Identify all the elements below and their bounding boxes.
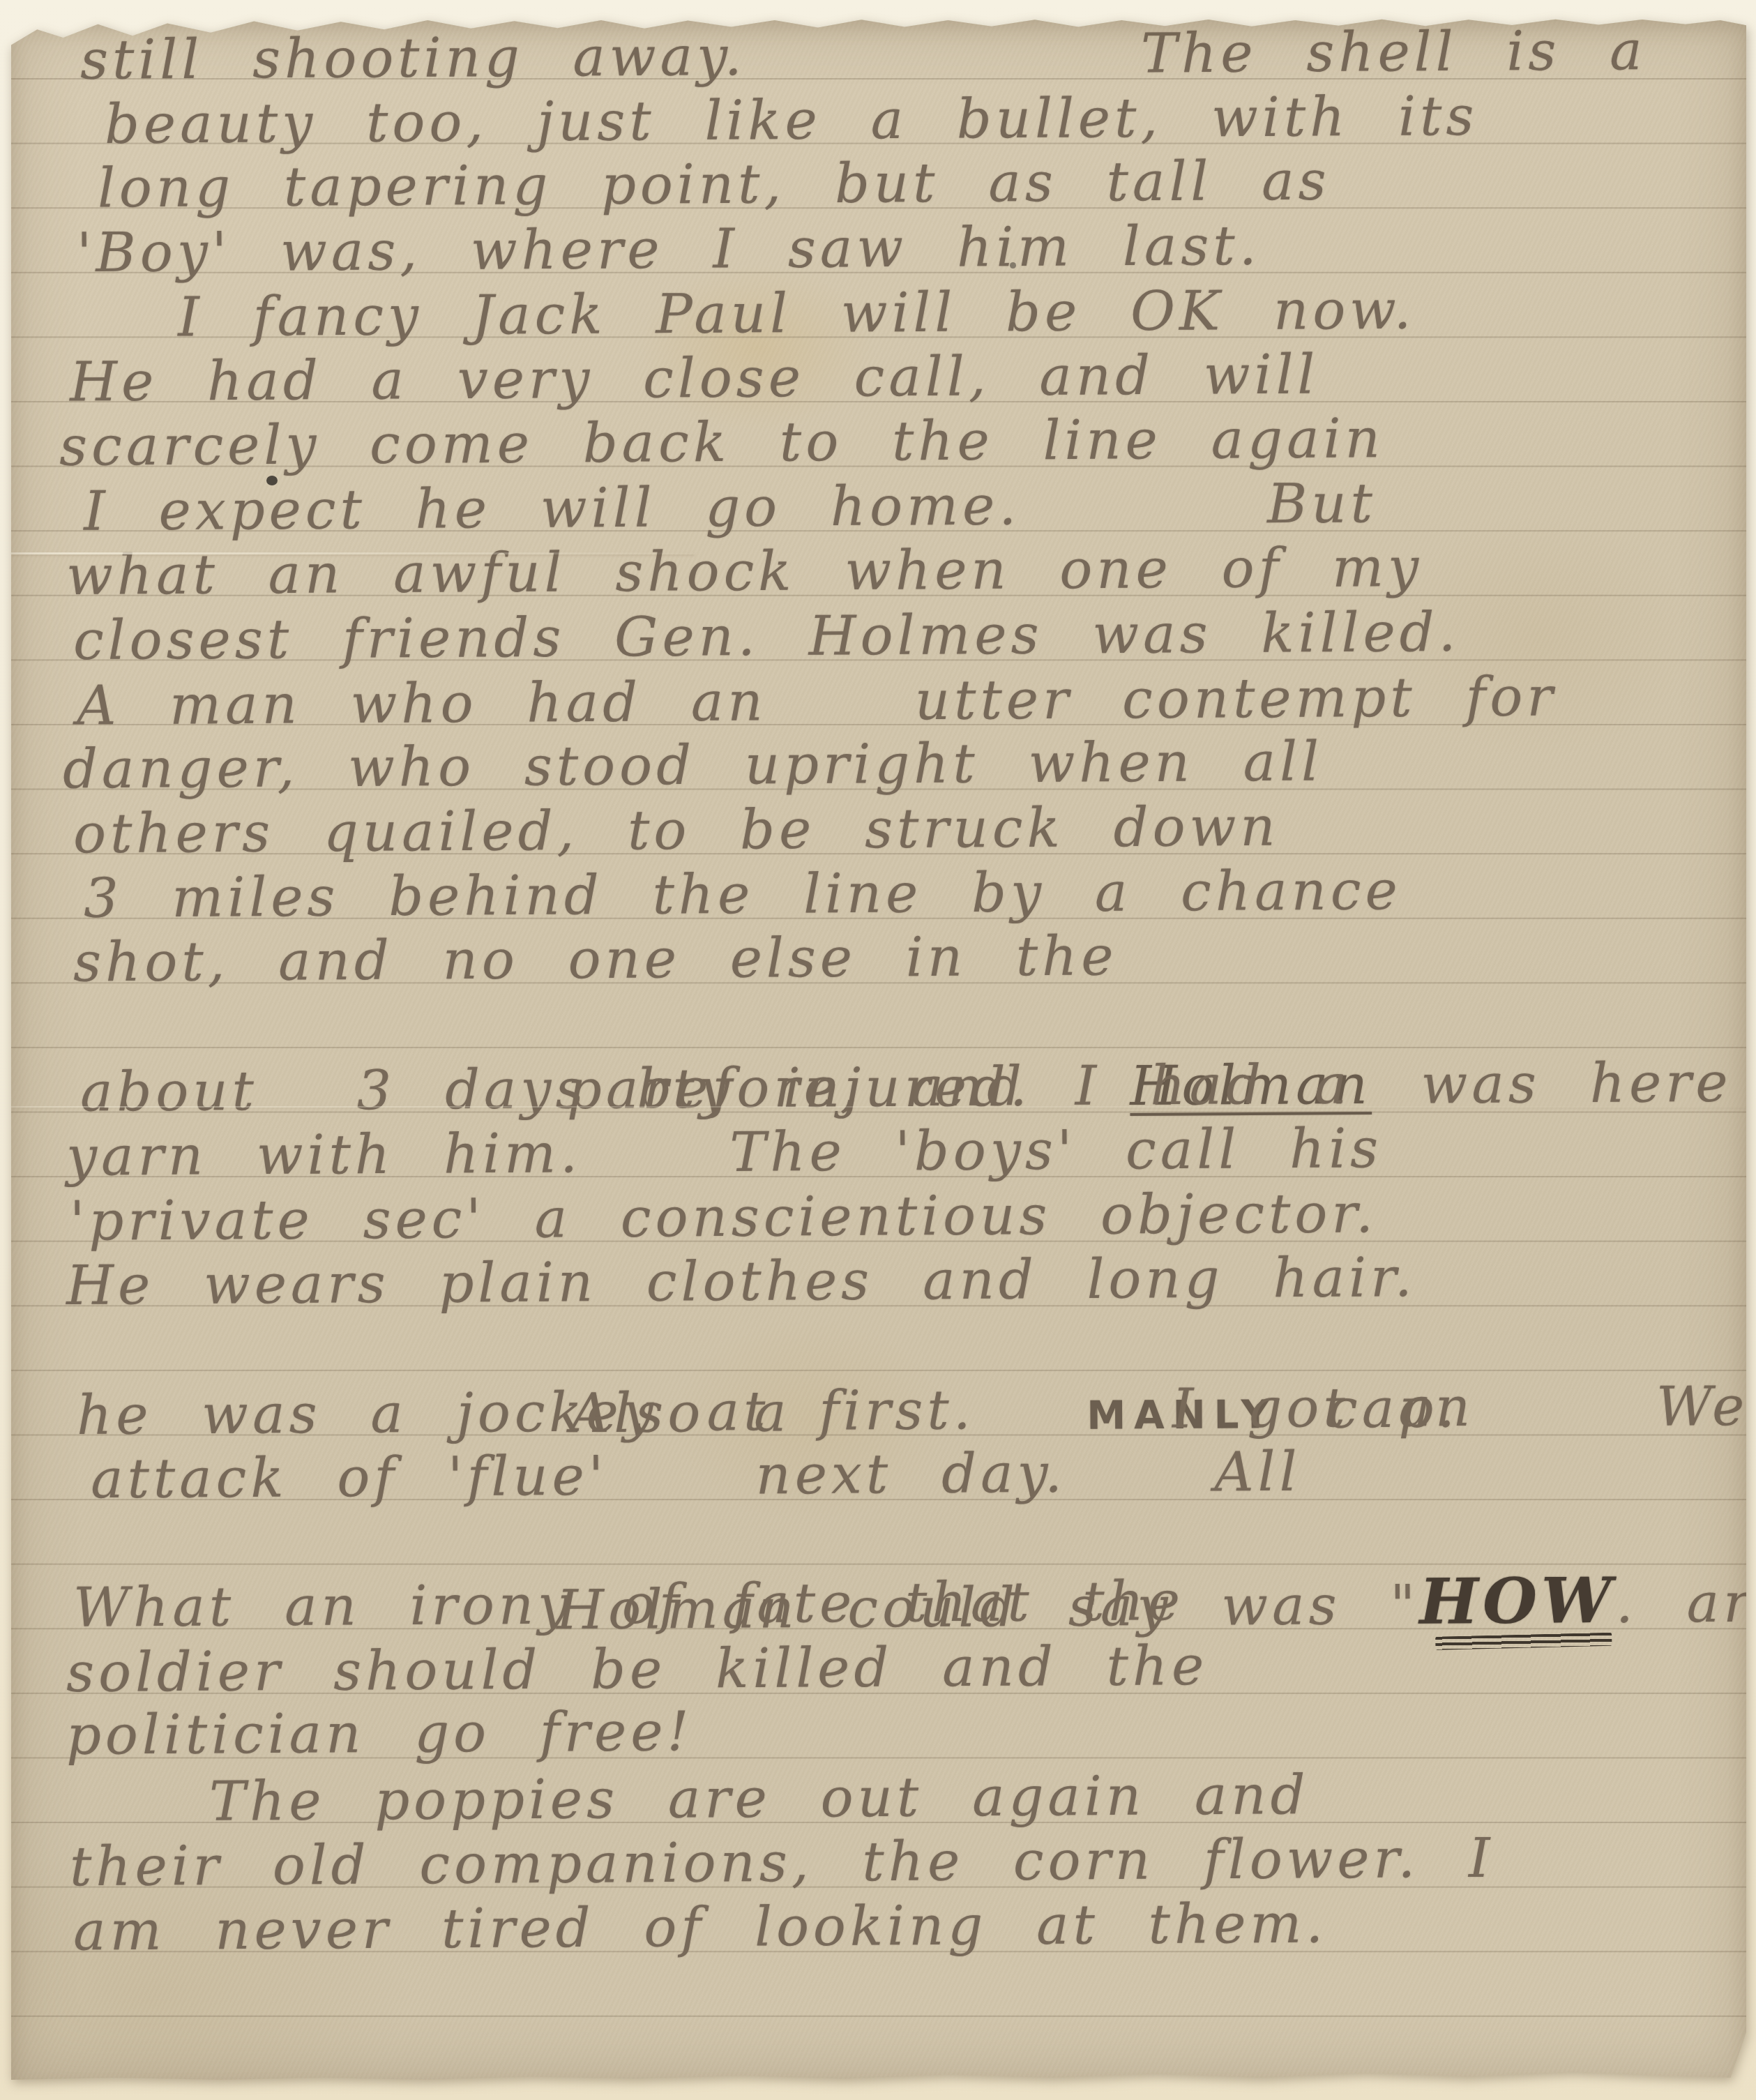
ink-speck bbox=[1010, 262, 1016, 269]
handwritten-line: am never tired of looking at them. bbox=[73, 1892, 1328, 1964]
handwritten-line: shot, and no one else in the bbox=[73, 924, 1118, 995]
handwritten-line: 'private sec' a conscientious objector. bbox=[70, 1181, 1377, 1253]
handwritten-line: I expect he will go home. But bbox=[84, 471, 1377, 543]
handwritten-line: I fancy Jack Paul will be OK now. bbox=[178, 278, 1416, 350]
handwritten-line: 'Boy' was, where I saw him last. bbox=[77, 214, 1261, 285]
handwritten-line: He had a very close call, and will bbox=[70, 343, 1319, 415]
triple-underlined-how: HOW bbox=[1419, 1569, 1616, 1635]
handwritten-line: The poppies are out again and bbox=[209, 1763, 1310, 1834]
handwritten-line: long tapering point, but as tall as bbox=[98, 149, 1331, 221]
handwritten-line: he was a jockey at first. I got an bbox=[77, 1375, 1475, 1448]
handwritten-line: soldier should be killed and the bbox=[66, 1634, 1209, 1705]
handwritten-line: politician go free! bbox=[66, 1700, 693, 1767]
paper-sheet-wrapper: still shooting away. The shell is a beau… bbox=[0, 0, 1756, 2100]
handwritten-line: still shooting away. The shell is a bbox=[80, 19, 1647, 93]
handwritten-line: yarn with him. The 'boys' call his bbox=[66, 1117, 1383, 1189]
handwritten-line: attack of 'flue' next day. All bbox=[91, 1440, 1301, 1512]
handwritten-line: about 3 days before, and I had a bbox=[80, 1052, 1352, 1124]
scanned-letter-page: still shooting away. The shell is a beau… bbox=[0, 0, 1756, 2100]
handwritten-line: beauty too, just like a bullet, with its bbox=[105, 84, 1478, 157]
line-text: . are you?" bbox=[1616, 1570, 1756, 1635]
handwritten-line: What an irony of fate that the bbox=[73, 1569, 1185, 1640]
handwritten-line: scarcely come back to the line again bbox=[59, 407, 1384, 479]
handwritten-line: their old companions, the corn flower. I bbox=[70, 1827, 1494, 1899]
handwritten-line: others quailed, to be struck down bbox=[73, 795, 1280, 867]
paper-sheet: still shooting away. The shell is a beau… bbox=[11, 18, 1746, 2080]
handwritten-line: A man who had an utter contempt for bbox=[77, 665, 1557, 739]
line-text: was here bbox=[1372, 1052, 1732, 1117]
handwritten-line: 3 miles behind the line by a chance bbox=[84, 859, 1402, 931]
handwriting-layer: still shooting away. The shell is a beau… bbox=[11, 18, 1746, 2080]
handwritten-line: danger, who stood upright when all bbox=[63, 730, 1324, 801]
ink-blot bbox=[266, 476, 278, 485]
handwritten-line: closest friends Gen. Holmes was killed. bbox=[73, 600, 1460, 673]
handwritten-line: what an awful shock when one of my bbox=[66, 536, 1423, 608]
handwritten-line: He wears plain clothes and long hair. bbox=[66, 1246, 1416, 1318]
